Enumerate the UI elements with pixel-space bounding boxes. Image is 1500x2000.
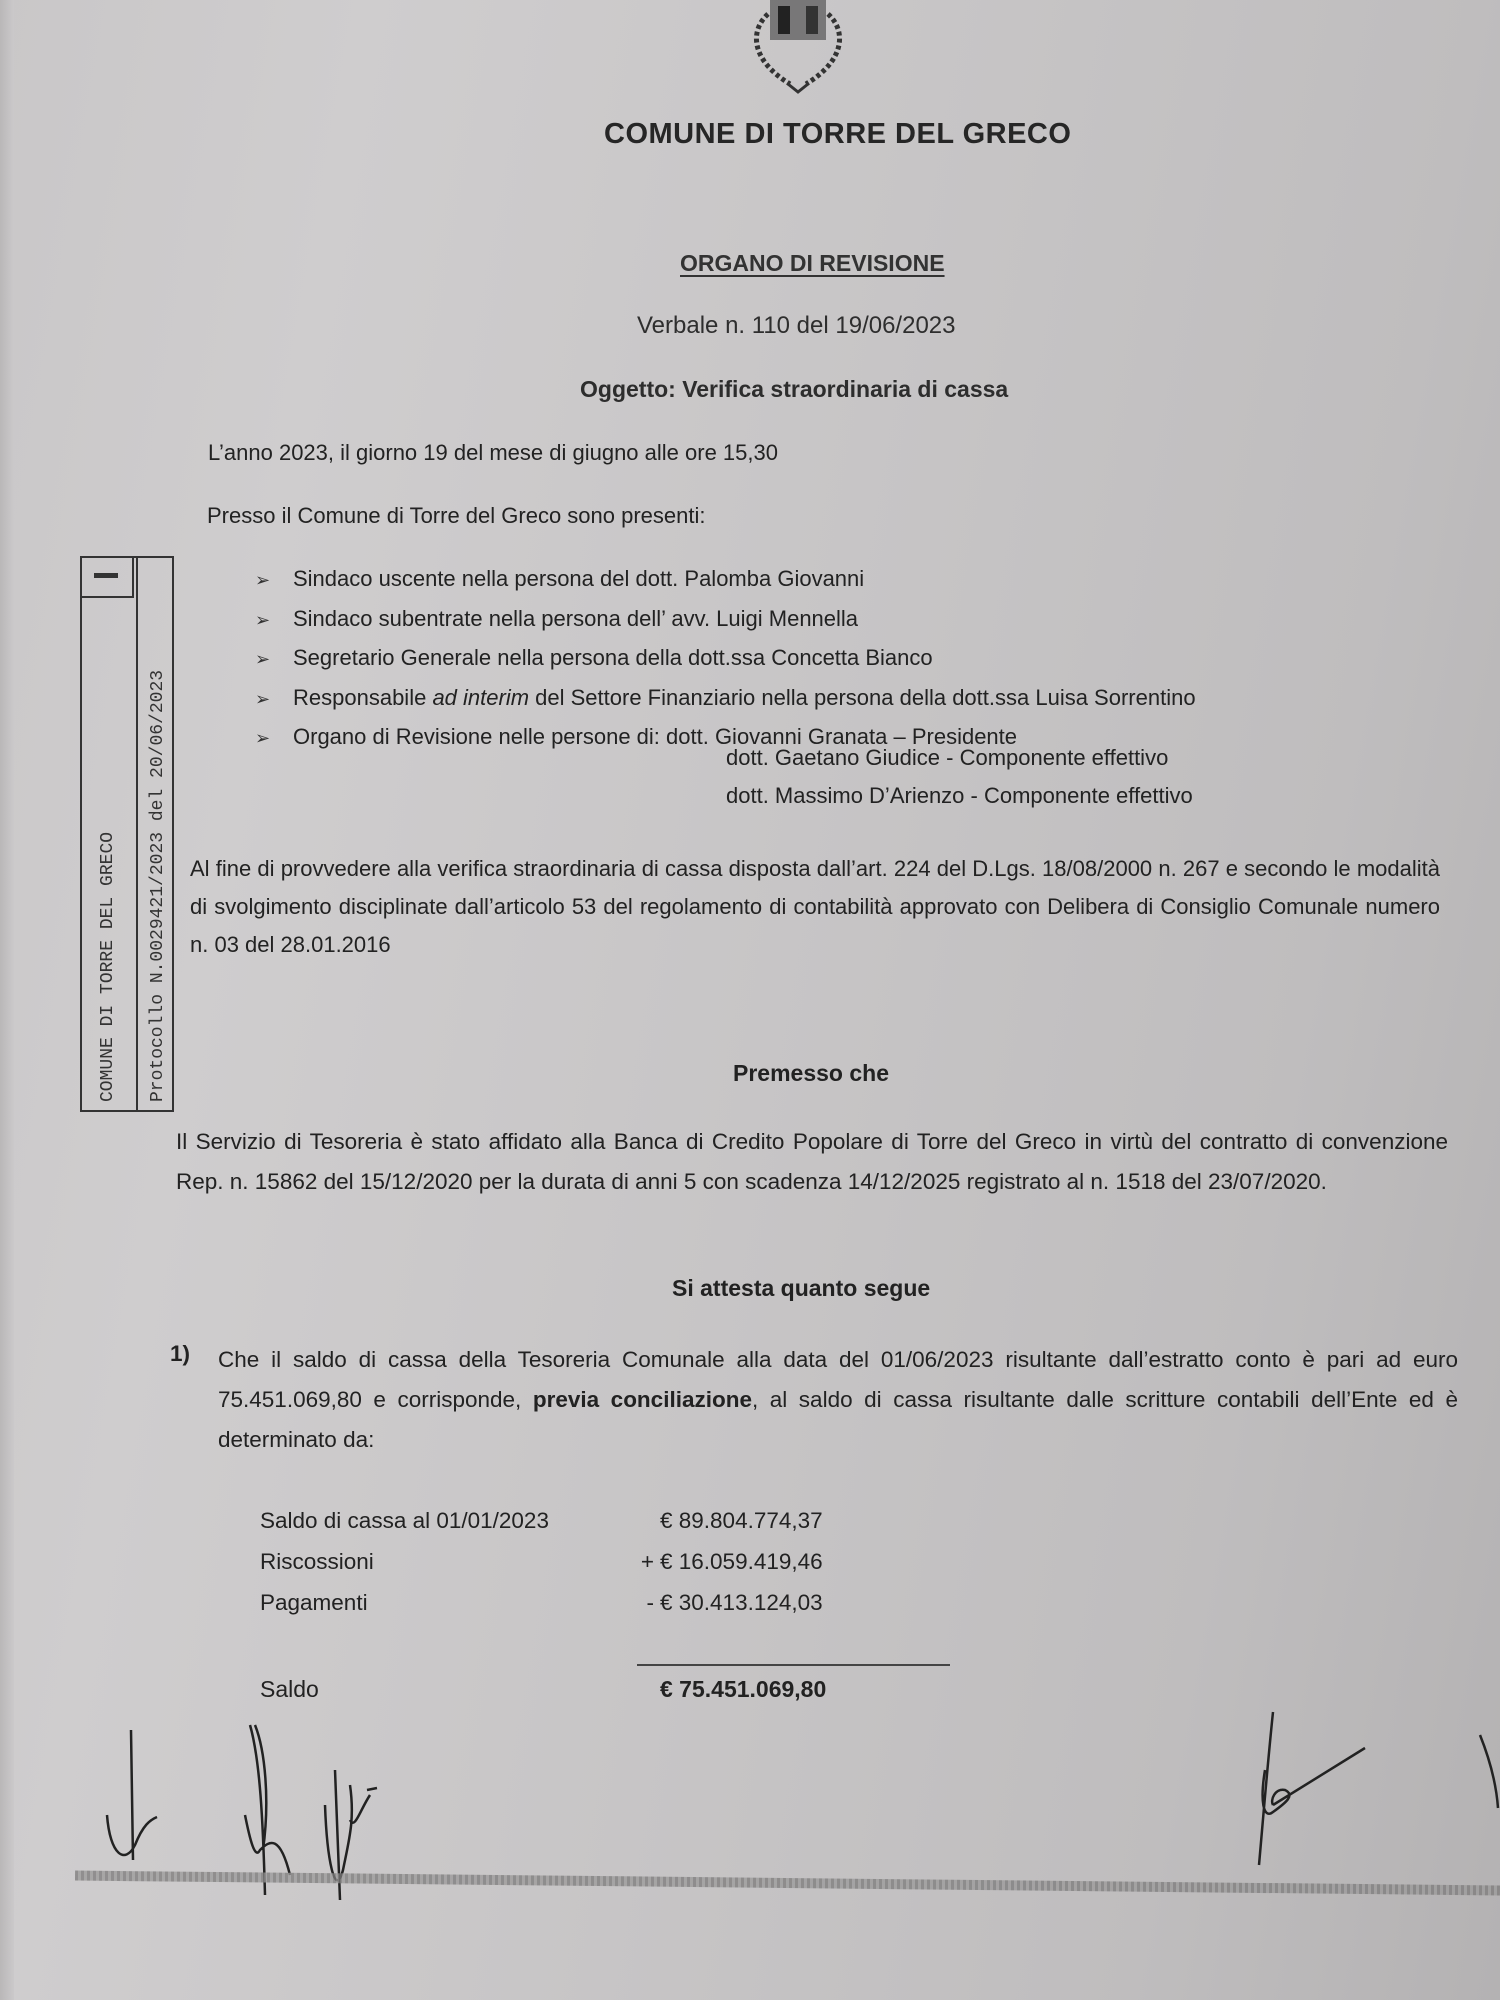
total-label: Saldo <box>260 1676 319 1703</box>
presence-line: Presso il Comune di Torre del Greco sono… <box>207 503 706 529</box>
signature-icon <box>1478 1730 1500 1810</box>
attendee-item: ➢Responsabile ad interim del Settore Fin… <box>255 679 1196 719</box>
office-heading: ORGANO DI REVISIONE <box>680 250 945 277</box>
signature-icon <box>315 1760 385 1910</box>
ledger-row: Saldo di cassa al 01/01/2023 € 89.804.77… <box>260 1508 960 1549</box>
stamp-protocol-number: Protocollo N.0029421/2023 del 20/06/2023 <box>148 670 168 1102</box>
cash-ledger: Saldo di cassa al 01/01/2023 € 89.804.77… <box>260 1508 960 1631</box>
board-member: dott. Massimo D’Arienzo - Componente eff… <box>726 783 1193 809</box>
arrow-bullet-icon: ➢ <box>255 641 293 679</box>
signature-icon <box>95 1725 175 1885</box>
treasury-paragraph: Il Servizio di Tesoreria è stato affidat… <box>176 1122 1448 1202</box>
attendee-item: ➢Segretario Generale nella persona della… <box>255 639 1196 679</box>
stamp-mark-box <box>80 556 134 598</box>
subject-line: Oggetto: Verifica straordinaria di cassa <box>580 376 1008 403</box>
protocol-stamp: COMUNE DI TORRE DEL GRECO Protocollo N.0… <box>80 556 174 1112</box>
stamp-mark <box>94 573 118 578</box>
arrow-bullet-icon: ➢ <box>255 602 293 640</box>
board-member: dott. Gaetano Giudice - Componente effet… <box>726 745 1168 771</box>
municipality-title: COMUNE DI TORRE DEL GRECO <box>604 118 1071 151</box>
stamp-protocol-column: Protocollo N.0029421/2023 del 20/06/2023 <box>138 558 172 1110</box>
arrow-bullet-icon: ➢ <box>255 562 293 600</box>
total-divider <box>637 1664 950 1666</box>
attesta-heading: Si attesta quanto segue <box>672 1275 930 1302</box>
ledger-row: Riscossioni + € 16.059.419,46 <box>260 1549 960 1590</box>
ledger-row: Pagamenti - € 30.413.124,03 <box>260 1590 960 1631</box>
page-edge <box>0 0 14 2000</box>
item-number: 1) <box>170 1341 190 1367</box>
total-amount: € 75.451.069,80 <box>660 1676 826 1703</box>
purpose-paragraph: Al fine di provvedere alla verifica stra… <box>190 850 1440 964</box>
stamp-municipality-column: COMUNE DI TORRE DEL GRECO <box>82 558 138 1110</box>
date-line: L’anno 2023, il giorno 19 del mese di gi… <box>208 440 778 466</box>
stamp-municipality: COMUNE DI TORRE DEL GRECO <box>98 832 118 1102</box>
signature-icon <box>1225 1710 1385 1870</box>
attendee-item: ➢Sindaco uscente nella persona del dott.… <box>255 560 1196 600</box>
arrow-bullet-icon: ➢ <box>255 720 293 758</box>
attendee-item: ➢Sindaco subentrate nella persona dell’ … <box>255 600 1196 640</box>
document-page: COMUNE DI TORRE DEL GRECO ORGANO DI REVI… <box>0 0 1500 2000</box>
premesso-heading: Premesso che <box>733 1060 889 1087</box>
attendee-list: ➢Sindaco uscente nella persona del dott.… <box>255 560 1196 758</box>
coat-of-arms-icon <box>728 0 868 95</box>
attestation-item: Che il saldo di cassa della Tesoreria Co… <box>218 1340 1458 1460</box>
verbale-number: Verbale n. 110 del 19/06/2023 <box>637 312 956 340</box>
arrow-bullet-icon: ➢ <box>255 681 293 719</box>
